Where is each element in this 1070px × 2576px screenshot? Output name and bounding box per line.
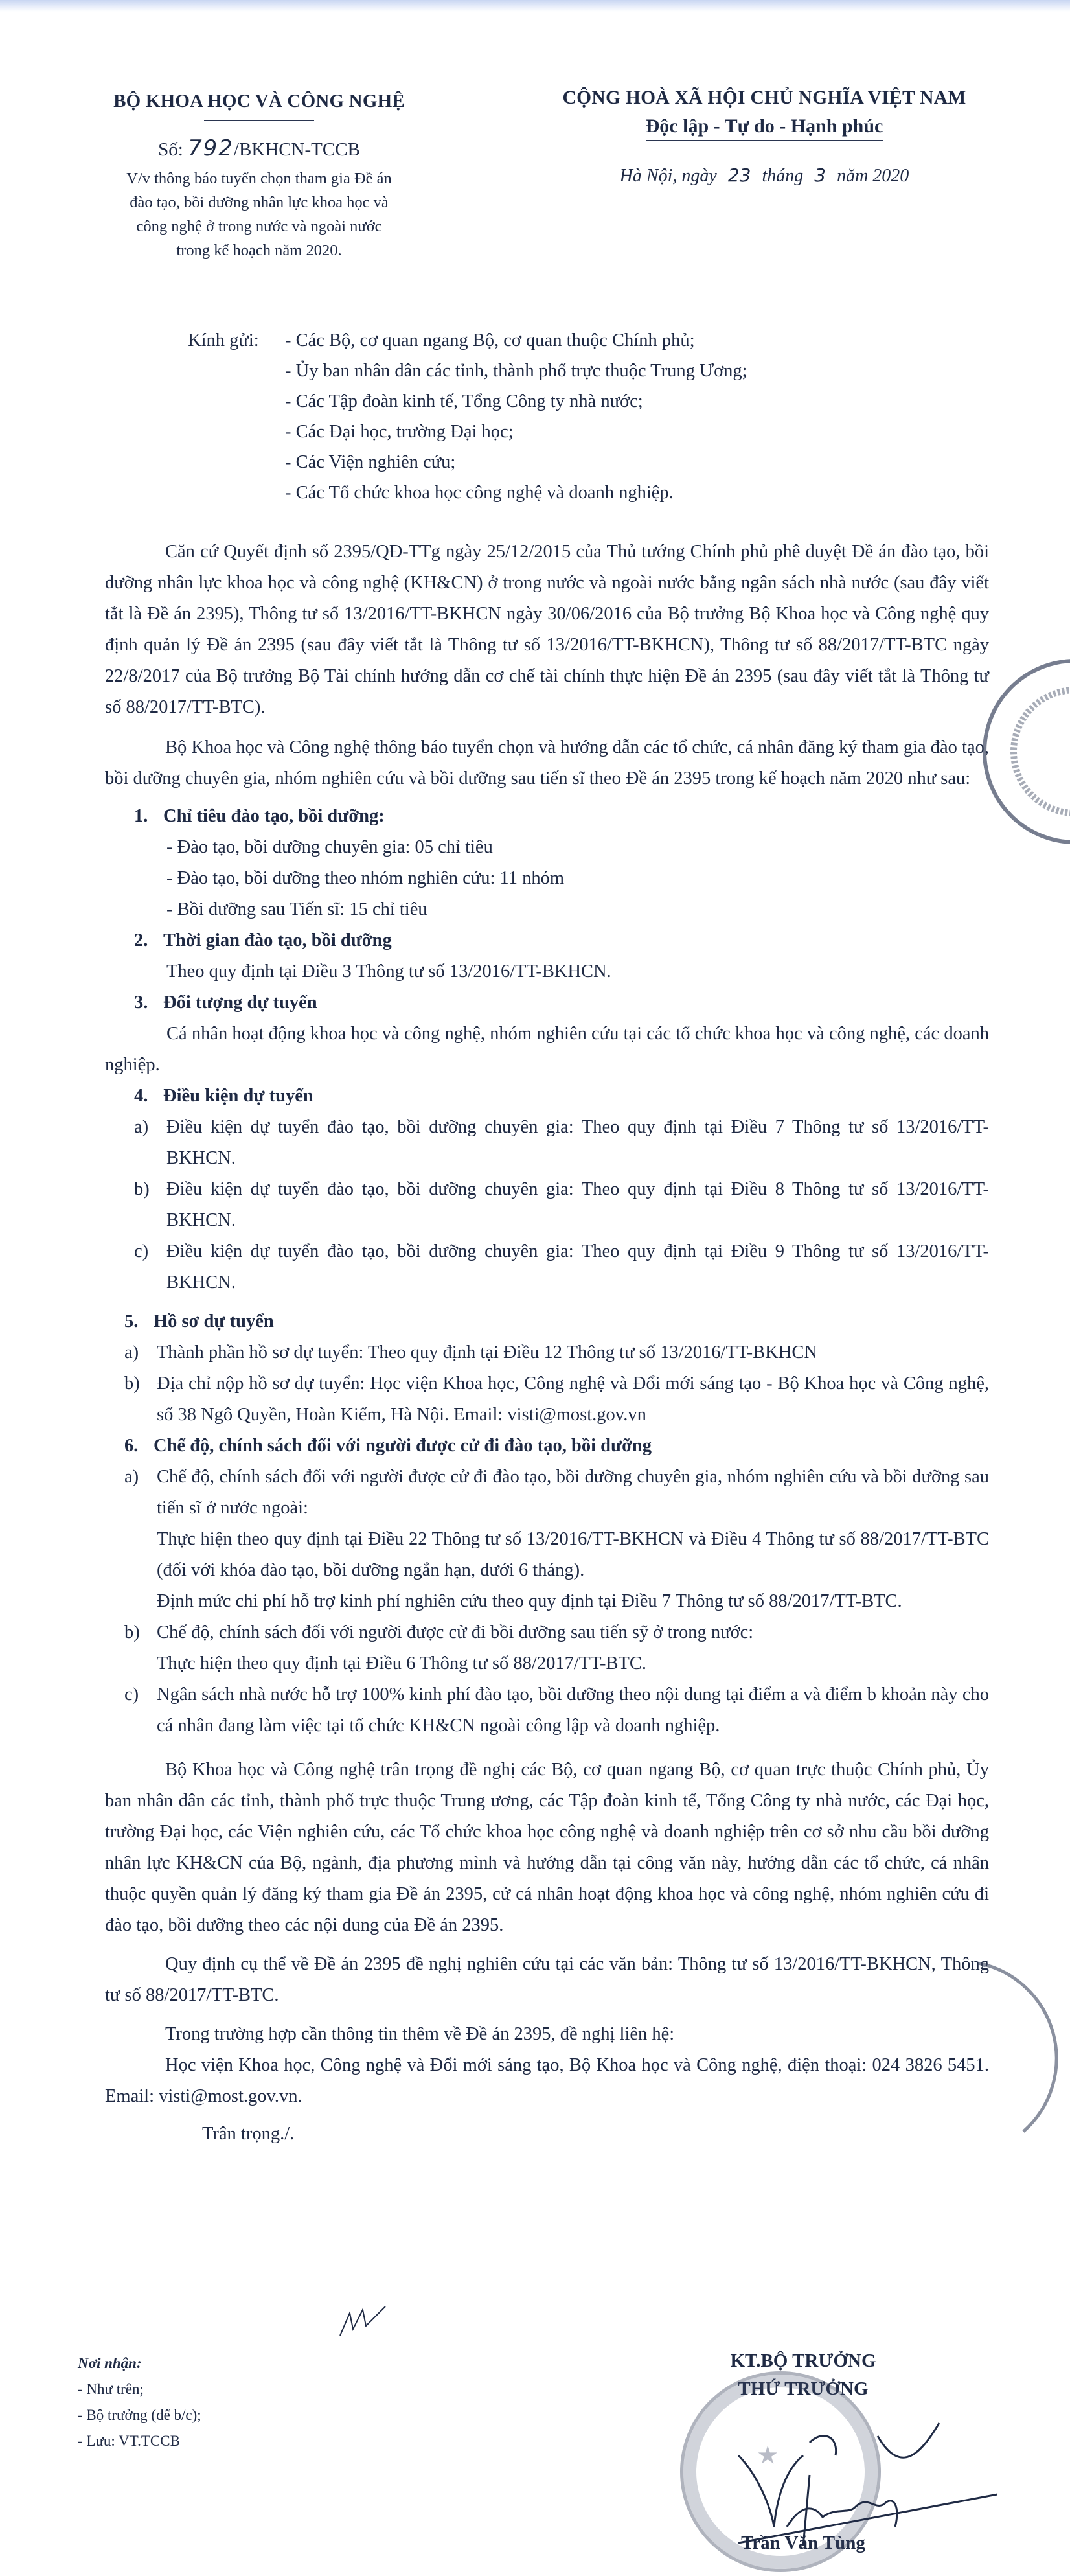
issue-date: Hà Nội, ngày 23 tháng 3 năm 2020 [518, 165, 1010, 187]
document-number-suffix: /BKHCN-TCCB [234, 139, 360, 160]
section-text: Theo quy định tại Điều 3 Thông tư số 13/… [105, 956, 989, 987]
policy-item: a)Chế độ, chính sách đối với người được … [105, 1462, 989, 1524]
recipient-item: - Ủy ban nhân dân các tỉnh, thành phố tr… [285, 356, 965, 386]
contact-paragraph: Học viện Khoa học, Công nghệ và Đổi mới … [105, 2050, 989, 2112]
policy-detail: Định mức chi phí hỗ trợ kinh phí nghiên … [105, 1586, 989, 1617]
condition-item: a)Điều kiện dự tuyển đào tạo, bồi dưỡng … [105, 1112, 989, 1174]
document-number-handwritten: 792 [188, 135, 234, 161]
dossier-item: b)Địa chỉ nộp hồ sơ dự tuyển: Học viện K… [105, 1368, 989, 1431]
announcement-paragraph: Bộ Khoa học và Công nghệ thông báo tuyển… [105, 732, 989, 794]
subject-line: đào tạo, bồi dưỡng nhân lực khoa học và [78, 190, 440, 214]
section-1: 1.Chỉ tiêu đào tạo, bồi dưỡng: - Đào tạo… [105, 801, 989, 925]
section-4: 4.Điều kiện dự tuyển a)Điều kiện dự tuyể… [105, 1081, 989, 1298]
document-subject: V/v thông báo tuyển chọn tham gia Đề án … [78, 167, 440, 262]
intro-paragraph: Căn cứ Quyết định số 2395/QĐ-TTg ngày 25… [105, 536, 989, 723]
request-paragraph: Bộ Khoa học và Công nghệ trân trọng đề n… [105, 1754, 989, 1941]
header-rule [204, 120, 314, 121]
document-number: Số: 792/BKHCN-TCCB [78, 135, 440, 161]
policy-item: c)Ngân sách nhà nước hỗ trợ 100% kinh ph… [105, 1679, 989, 1742]
section-heading: 1.Chỉ tiêu đào tạo, bồi dưỡng: [105, 801, 989, 832]
distribution-title: Nơi nhận: [78, 2351, 201, 2376]
recipients-label: Kính gửi: [188, 325, 259, 356]
recipient-item: - Các Bộ, cơ quan ngang Bộ, cơ quan thuộ… [285, 325, 965, 356]
condition-item: b)Điều kiện dự tuyển đào tạo, bồi dưỡng … [105, 1174, 989, 1236]
policy-detail: Thực hiện theo quy định tại Điều 22 Thôn… [105, 1524, 989, 1586]
document-number-label: Số: [158, 139, 183, 160]
section-text: Cá nhân hoạt động khoa học và công nghệ,… [105, 1018, 989, 1081]
closing: Trân trọng./. [105, 2119, 989, 2150]
date-day: 23 [728, 165, 751, 186]
margin-seal-partial [933, 1944, 1070, 2138]
date-prefix: Hà Nội, ngày [620, 166, 717, 186]
section-2: 2.Thời gian đào tạo, bồi dưỡng Theo quy … [105, 925, 989, 987]
section-heading: 3.Đối tượng dự tuyển [105, 987, 989, 1018]
quota-line: - Bồi dưỡng sau Tiến sĩ: 15 chỉ tiêu [105, 894, 989, 925]
recipient-item: - Các Tập đoàn kinh tế, Tổng Công ty nhà… [285, 386, 965, 417]
section-heading: 5.Hồ sơ dự tuyển [105, 1306, 989, 1337]
distribution-list: Nơi nhận: - Như trên; - Bộ trưởng (để b/… [78, 2351, 201, 2454]
distribution-item: - Như trên; [78, 2376, 201, 2402]
recipients-block: Kính gửi: - Các Bộ, cơ quan ngang Bộ, cơ… [188, 325, 965, 508]
date-year: năm 2020 [837, 166, 909, 186]
nation-title: CỘNG HOÀ XÃ HỘI CHỦ NGHĨA VIỆT NAM [518, 87, 1010, 109]
section-5: 5.Hồ sơ dự tuyển a)Thành phần hồ sơ dự t… [105, 1306, 989, 1431]
subject-line: trong kế hoạch năm 2020. [78, 238, 440, 262]
initials-mark [337, 2300, 389, 2339]
page-seal-partial [946, 654, 1070, 849]
quota-line: - Đào tạo, bồi dưỡng theo nhóm nghiên cứ… [105, 863, 989, 894]
dossier-item: a)Thành phần hồ sơ dự tuyển: Theo quy đị… [105, 1337, 989, 1368]
policy-item: b)Chế độ, chính sách đối với người được … [105, 1617, 989, 1648]
organization-name: BỘ KHOA HỌC VÀ CÔNG NGHỆ [78, 91, 440, 112]
national-motto: Độc lập - Tự do - Hạnh phúc [646, 115, 883, 141]
section-heading: 6.Chế độ, chính sách đối với người được … [105, 1431, 989, 1462]
condition-item: c)Điều kiện dự tuyển đào tạo, bồi dưỡng … [105, 1236, 989, 1298]
quota-line: - Đào tạo, bồi dưỡng chuyên gia: 05 chỉ … [105, 832, 989, 863]
issuer-header: BỘ KHOA HỌC VÀ CÔNG NGHỆ Số: 792/BKHCN-T… [78, 91, 440, 262]
signer-title-primary: KT.BỘ TRƯỞNG [648, 2351, 959, 2372]
section-6: 6.Chế độ, chính sách đối với người được … [105, 1431, 989, 1742]
regulation-paragraph: Quy định cụ thể về Đề án 2395 đề nghị ng… [105, 1949, 989, 2011]
contact-intro: Trong trường hợp cần thông tin thêm về Đ… [105, 2019, 989, 2050]
recipients-list: - Các Bộ, cơ quan ngang Bộ, cơ quan thuộ… [188, 325, 965, 508]
section-heading: 2.Thời gian đào tạo, bồi dưỡng [105, 925, 989, 956]
letter-body: Căn cứ Quyết định số 2395/QĐ-TTg ngày 25… [105, 536, 989, 2150]
recipient-item: - Các Đại học, trường Đại học; [285, 417, 965, 447]
scan-edge-shading [0, 0, 1070, 12]
section-heading: 4.Điều kiện dự tuyển [105, 1081, 989, 1112]
date-month: 3 [814, 165, 826, 186]
handwritten-signature [725, 2397, 997, 2546]
subject-line: công nghệ ở trong nước và ngoài nước [78, 214, 440, 238]
distribution-item: - Bộ trưởng (để b/c); [78, 2402, 201, 2428]
section-3: 3.Đối tượng dự tuyển Cá nhân hoạt động k… [105, 987, 989, 1081]
distribution-item: - Lưu: VT.TCCB [78, 2428, 201, 2454]
nation-header: CỘNG HOÀ XÃ HỘI CHỦ NGHĨA VIỆT NAM Độc l… [518, 87, 1010, 187]
date-month-label: tháng [762, 166, 803, 186]
subject-line: V/v thông báo tuyển chọn tham gia Đề án [78, 167, 440, 190]
recipient-item: - Các Tổ chức khoa học công nghệ và doan… [285, 477, 965, 508]
policy-detail: Thực hiện theo quy định tại Điều 6 Thông… [105, 1648, 989, 1679]
recipient-item: - Các Viện nghiên cứu; [285, 447, 965, 477]
